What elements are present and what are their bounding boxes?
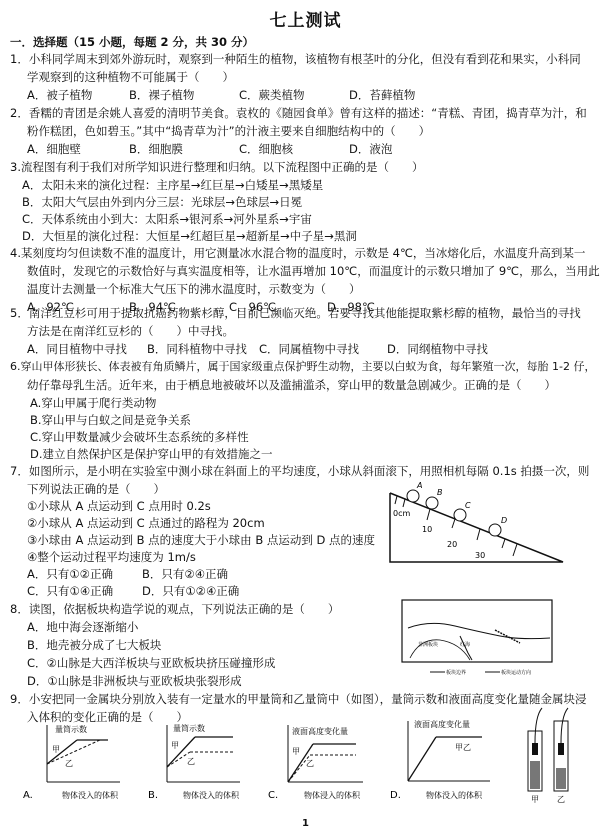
question-stem: 7．如图所示，是小明在实验室中测小球在斜面上的平均速度，小球从斜面滚下，用照相机… — [10, 463, 589, 479]
option-d: D．只有①②④正确 — [142, 583, 239, 599]
map-label: 红海 — [460, 641, 470, 648]
question-stem: 数值时，发现它的示数恰好与真实温度相等，让水温再增加 10℃，而温度计的示数只增… — [27, 263, 600, 279]
option-c: C．天体系统由小到大：太阳系→银河系→河外星系→宇宙 — [22, 211, 312, 227]
option-a: A．被子植物 — [27, 87, 92, 103]
option-a: A.穿山甲属于爬行类动物 — [30, 395, 156, 411]
option-d: D.建立自然保护区是保护穿山甲的有效措施之一 — [30, 446, 273, 462]
ruler-label: 0cm — [393, 509, 410, 518]
page-title: 七上测试 — [0, 6, 611, 31]
option-b: B.穿山甲与白蚁之间是竞争关系 — [30, 412, 191, 428]
option-a: A．只有①②正确 — [27, 566, 113, 582]
question-stem: 1．小科同学周末到郊外游玩时，观察到一种陌生的植物，该植物有根茎叶的分化，但没有… — [10, 51, 581, 67]
ball-label: A — [416, 481, 422, 490]
svg-text:甲: 甲 — [171, 741, 179, 750]
question-stem: 温度计去测量一个标准大气压下的沸水温度时，示数变为（ ） — [27, 281, 361, 297]
ball-label: C — [465, 501, 471, 510]
option-b: B．地壳被分成了七大板块 — [27, 637, 161, 653]
svg-text:物体浸入的体积: 物体浸入的体积 — [304, 790, 361, 800]
svg-text:量筒示数: 量筒示数 — [173, 723, 205, 733]
option-c: C．同属植物中寻找 — [259, 341, 359, 357]
option-c: C．只有①④正确 — [27, 583, 113, 599]
svg-text:B.: B. — [148, 790, 158, 801]
page-number: 1 — [0, 818, 611, 829]
svg-text:乙: 乙 — [557, 795, 565, 804]
option-b: B．裸子植物 — [129, 87, 194, 103]
svg-text:乙: 乙 — [187, 757, 195, 766]
option-a: A．太阳未来的演化过程：主序星→红巨星→白矮星→黑矮星 — [22, 177, 323, 193]
question-stem: 粉作糕团，色如碧玉。”其中“捣青草为汁”的汁液主要来自细胞结构中的（ ） — [27, 123, 430, 139]
ruler-label: 10 — [422, 525, 432, 534]
option-a: A．同目植物中寻找 — [27, 341, 127, 357]
svg-text:液面高度变化量: 液面高度变化量 — [292, 726, 348, 736]
question-stem: 3.流程图有利于我们对所学知识进行整理和归纳。以下流程图中正确的是（ ） — [10, 159, 423, 175]
ruler-label: 30 — [475, 551, 485, 560]
svg-text:甲乙: 甲乙 — [455, 743, 471, 752]
option-c: C．细胞核 — [239, 141, 293, 157]
graph-a: 量筒示数 甲 乙 A. 物体没入的体积 — [20, 722, 140, 802]
option-c: C.穿山甲数量减少会破坏生态系统的多样性 — [30, 429, 249, 445]
statement-2: ②小球从 A 点运动到 C 点通过的路程为 20cm — [27, 515, 265, 531]
option-b: B．只有②④正确 — [142, 566, 228, 582]
section-heading: 一．选择题（15 小题，每题 2 分，共 30 分） — [10, 34, 254, 50]
option-b: B．细胞膜 — [129, 141, 183, 157]
ruler-label: 20 — [447, 540, 457, 549]
svg-text:C.: C. — [268, 790, 278, 801]
svg-text:液面高度变化量: 液面高度变化量 — [414, 719, 470, 729]
statement-1: ①小球从 A 点运动到 C 点用时 0.2s — [27, 498, 211, 514]
legend-direction: 板块运动方向 — [501, 669, 531, 676]
svg-text:物体没入的体积: 物体没入的体积 — [426, 790, 483, 800]
svg-text:D.: D. — [390, 790, 401, 801]
option-a: A．细胞壁 — [27, 141, 81, 157]
option-a: A．地中海会逐渐缩小 — [27, 619, 138, 635]
question-stem: 9．小安把同一金属块分别放入装有一定量水的甲量筒和乙量筒中（如图），量筒示数和液… — [10, 691, 587, 707]
map-label: 非洲板块 — [418, 641, 438, 648]
graph-d: 液面高度变化量 甲乙 D. 物体没入的体积 — [390, 718, 515, 802]
ball-label: B — [437, 488, 443, 497]
statement-4: ④整个运动过程平均速度为 1m/s — [27, 549, 196, 565]
option-b: B．同科植物中寻找 — [147, 341, 247, 357]
question-stem: 2．香糯的青团是余姚人喜爱的清明节美食。袁枚的《随园食单》曾有这样的描述：“青糕… — [10, 105, 587, 121]
option-d: D．液泡 — [349, 141, 392, 157]
svg-text:物体没入的体积: 物体没入的体积 — [62, 790, 119, 800]
legend-boundary: 板块边界 — [446, 669, 466, 676]
question-stem: 6.穿山甲体形狭长、体表被有角质鳞片，属于国家级重点保护野生动物，主要以白蚁为食… — [10, 359, 595, 375]
option-d: D．①山脉是非洲板块与亚欧板块张裂形成 — [27, 673, 242, 689]
question-stem: 4.某刻度均匀但读数不准的温度计，用它测量冰水混合物的温度时，示数是 4℃，当冰… — [10, 245, 585, 261]
option-c: C．②山脉是大西洋板块与亚欧板块挤压碰撞形成 — [27, 655, 275, 671]
svg-text:甲: 甲 — [52, 745, 60, 754]
cylinders-figure: 甲 乙 — [520, 706, 590, 806]
question-stem: 5．南洋红豆杉可用于提取抗癌药物紫杉醇，目前已濒临灭绝。若要寻找其他能提取紫杉醇… — [10, 305, 581, 321]
plate-map-figure: 非洲板块 红海 板块边界 板块运动方向 — [400, 598, 560, 676]
svg-text:乙: 乙 — [65, 759, 73, 768]
graph-c: 液面高度变化量 甲 乙 C. 物体浸入的体积 — [268, 722, 388, 802]
svg-text:甲: 甲 — [292, 747, 300, 756]
statement-3: ③小球由 A 点运动到 B 点的速度大于小球由 B 点运动到 D 点的速度 — [27, 532, 375, 548]
option-b: B．太阳大气层由外到内分三层：光球层→色球层→日冕 — [22, 194, 302, 210]
option-c: C．蕨类植物 — [239, 87, 305, 103]
ball-label: D — [501, 516, 507, 525]
question-stem: 方法是在南洋红豆杉的（ ）中寻找。 — [27, 323, 234, 339]
svg-text:物体没入的体积: 物体没入的体积 — [183, 790, 240, 800]
option-d: D．大恒星的演化过程：大恒星→红超巨星→超新星→中子星→黑洞 — [22, 228, 357, 244]
question-stem: 学观察到的这种植物不可能属于（ ） — [27, 69, 234, 85]
svg-text:甲: 甲 — [531, 795, 539, 804]
question-stem: 幼仔靠母乳生活。近年来，由于栖息地被破坏以及滥捕滥杀，穿山甲的数量急剧减少。正确… — [27, 377, 556, 393]
question-stem: 下列说法正确的是（ ） — [27, 481, 165, 497]
svg-text:乙: 乙 — [306, 759, 314, 768]
graph-b: 量筒示数 甲 乙 B. 物体没入的体积 — [145, 722, 265, 802]
option-d: D．苔藓植物 — [349, 87, 415, 103]
incline-figure: A B C D 0cm 10 20 30 — [385, 478, 585, 568]
svg-text:量筒示数: 量筒示数 — [55, 724, 87, 734]
question-stem: 8．读图，依据板块构造学说的观点，下列说法正确的是（ ） — [10, 601, 339, 617]
svg-text:A.: A. — [23, 790, 33, 801]
option-d: D．同纲植物中寻找 — [387, 341, 488, 357]
